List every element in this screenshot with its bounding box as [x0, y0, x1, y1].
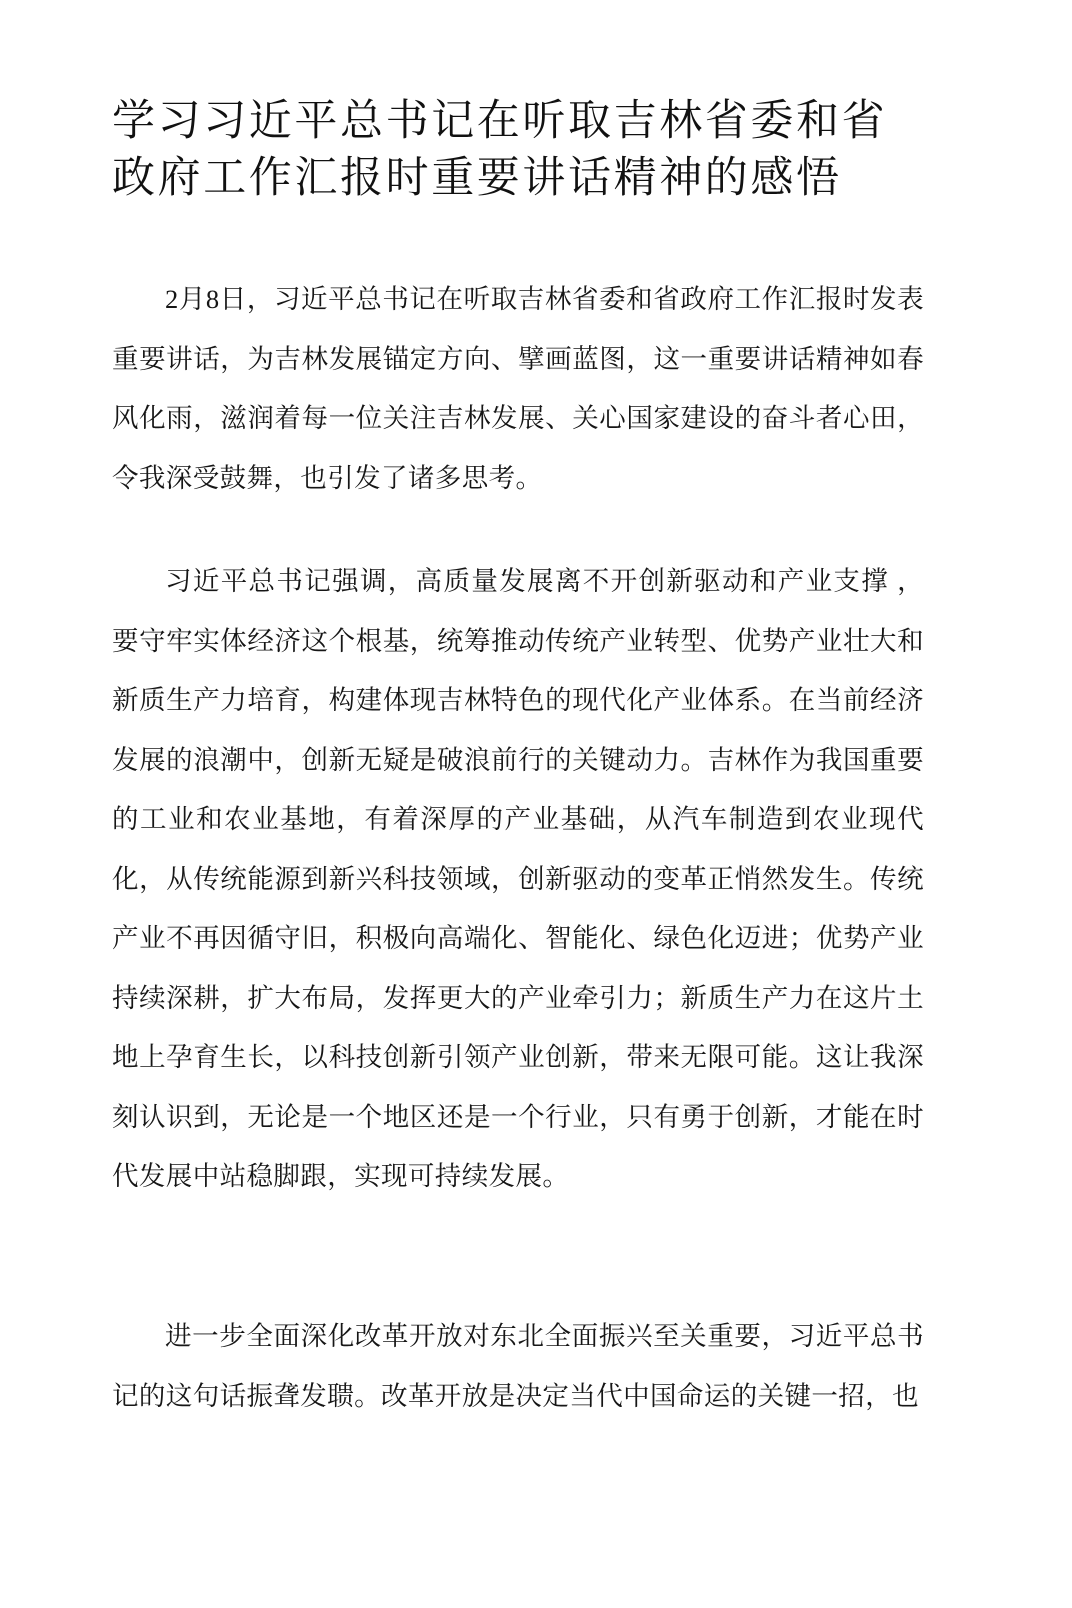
- paragraph-2: 习近平总书记强调，高质量发展离不开创新驱动和产业支撑 ，要守牢实体经济这个根基，…: [112, 552, 924, 1207]
- paragraph-1: 2月8日，习近平总书记在听取吉林省委和省政府工作汇报时发表重要讲话，为吉林发展锚…: [112, 270, 924, 508]
- document-title: 学习习近平总书记在听取吉林省委和省政府工作汇报时重要讲话精神的感悟: [112, 93, 924, 207]
- paragraph-3: 进一步全面深化改革开放对东北全面振兴至关重要，习近平总书记的这句话振聋发聩。改革…: [112, 1307, 924, 1426]
